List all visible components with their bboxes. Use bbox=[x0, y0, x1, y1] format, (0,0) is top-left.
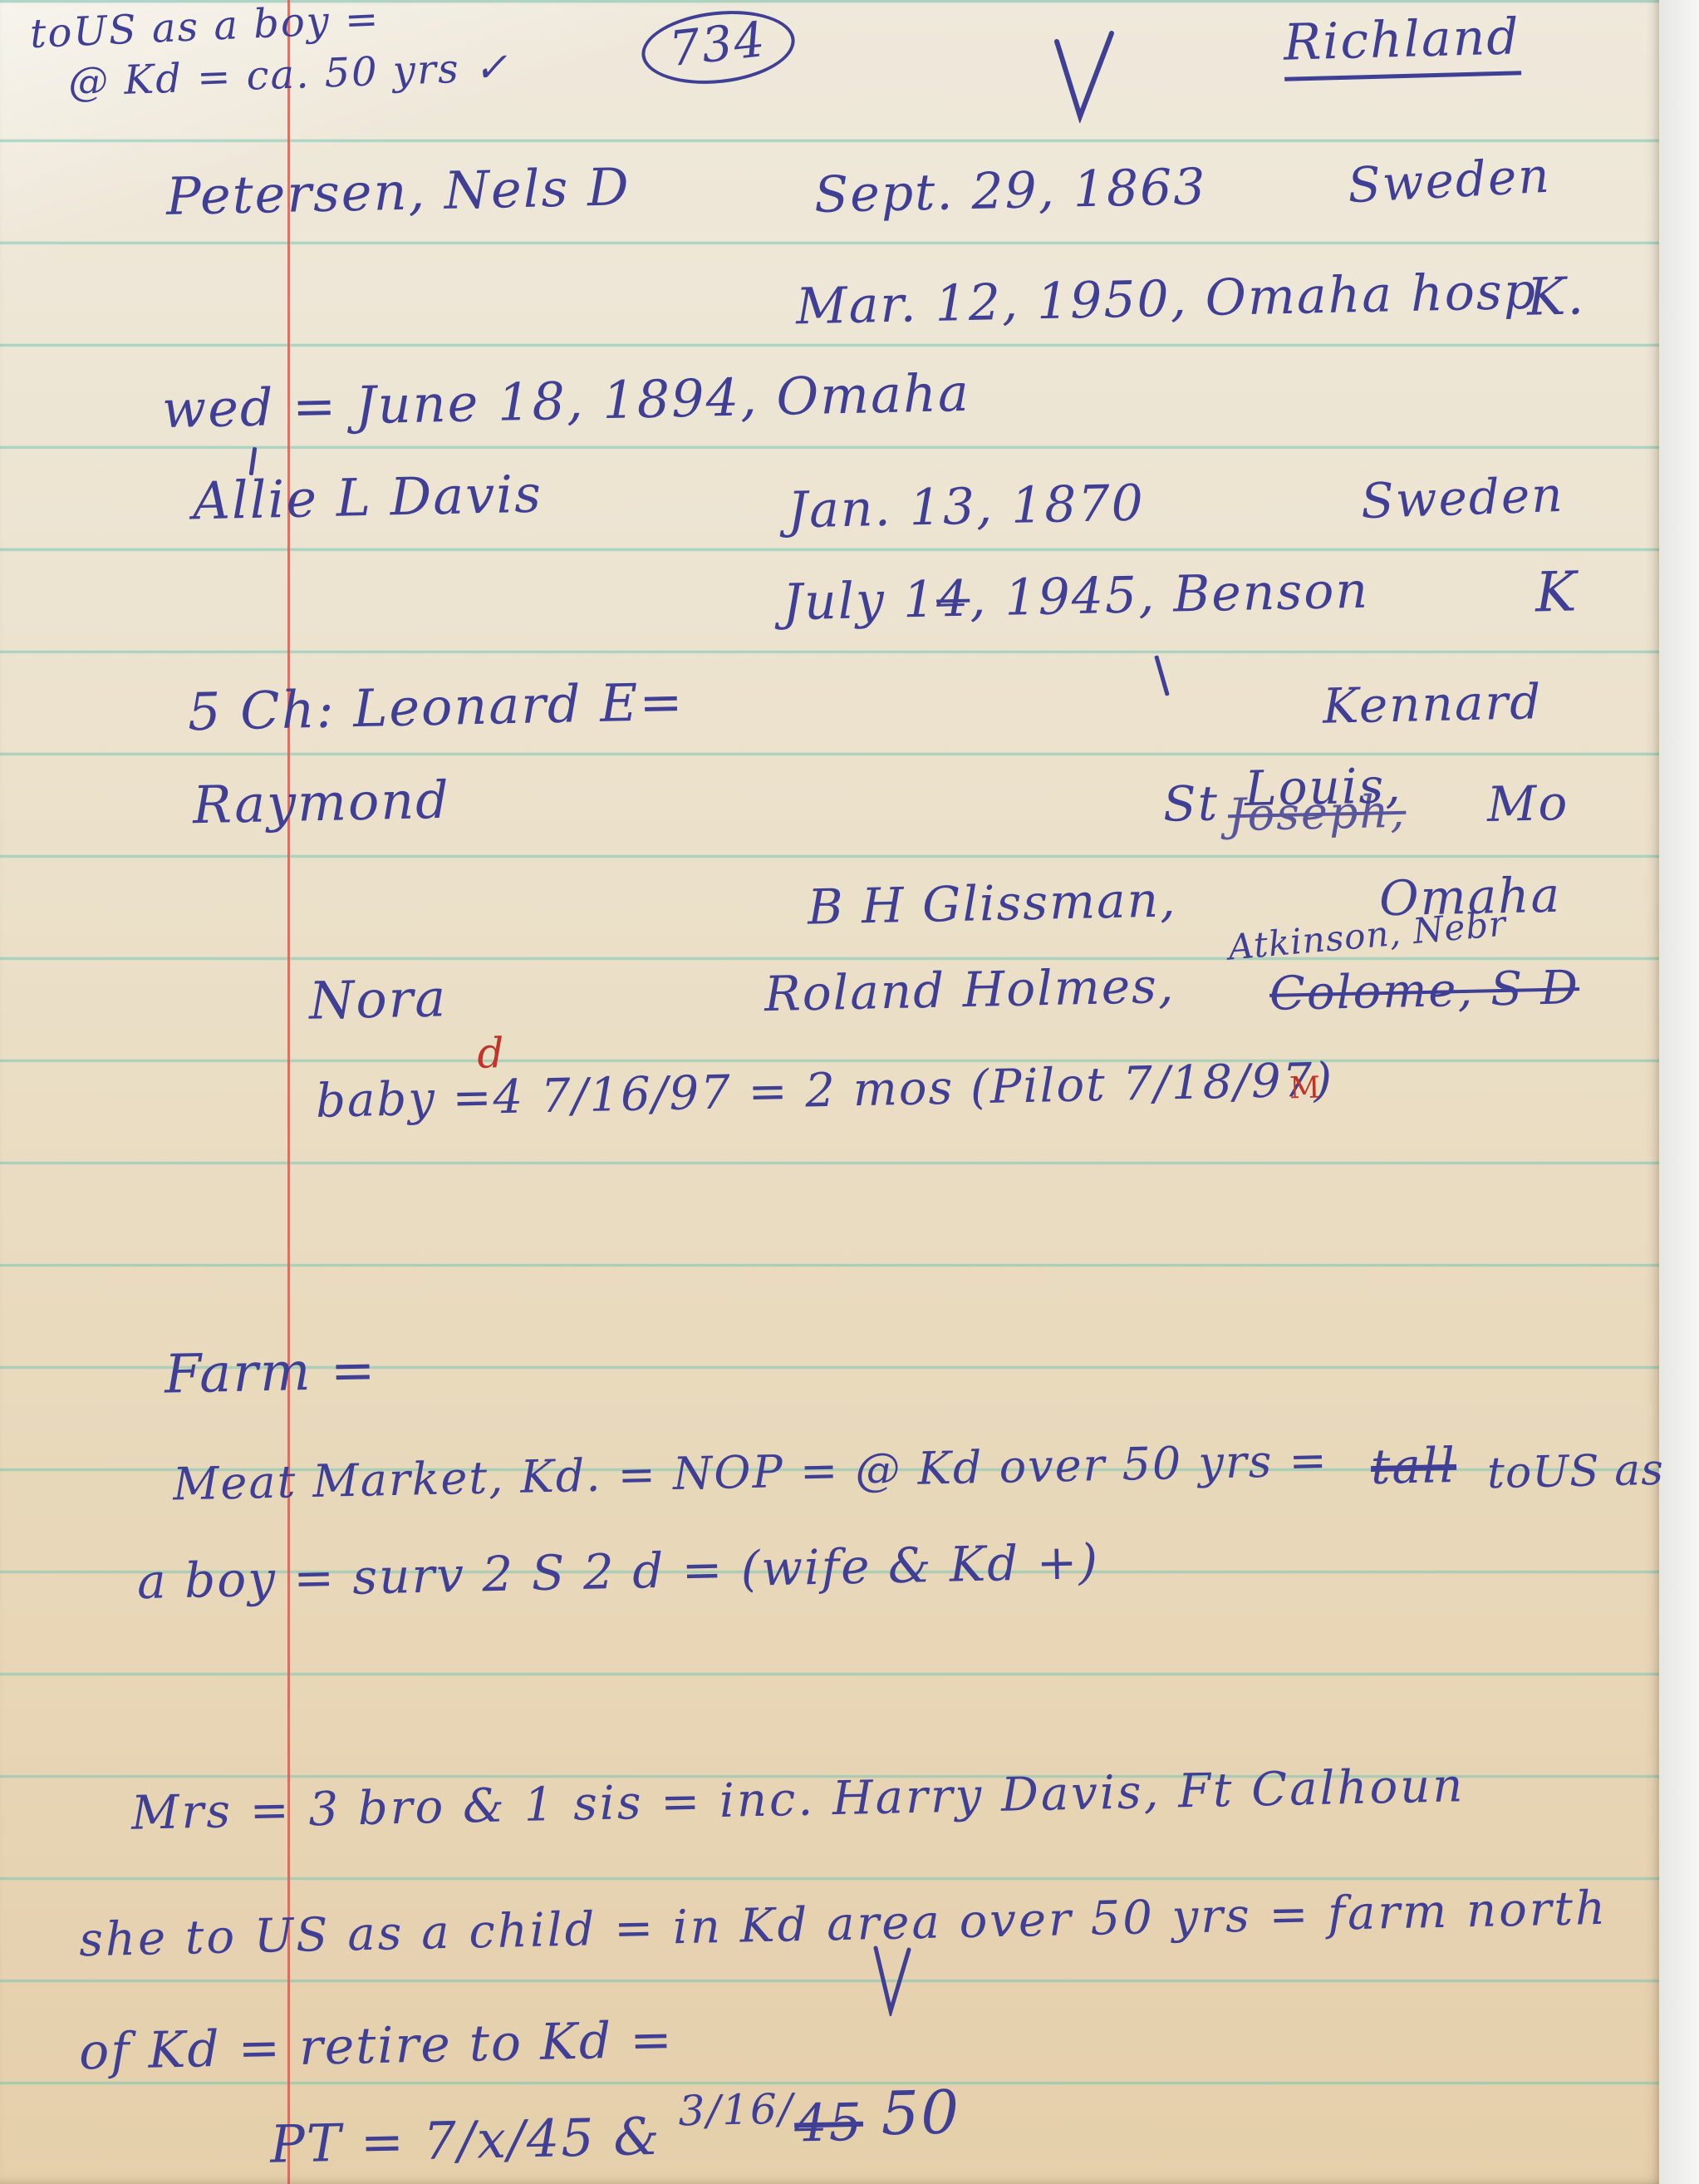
child3-spouse: B H Glissman, bbox=[807, 875, 1177, 931]
child2-place-old: Joseph, bbox=[1227, 789, 1406, 838]
marriage-line: wed = June 18, 1894, Omaha bbox=[161, 367, 970, 435]
surname-heading: Richland bbox=[1283, 12, 1520, 67]
child5-red-mark: M bbox=[1289, 1074, 1323, 1104]
farm-heading: Farm = bbox=[164, 1344, 377, 1401]
page-number-circle: 734 bbox=[641, 10, 795, 85]
scan-background bbox=[1659, 0, 1699, 2184]
husband-death-date: Mar. 12, 1950, Omaha hosp bbox=[795, 267, 1537, 332]
market-struck: tall bbox=[1370, 1441, 1456, 1491]
child4-spouse: Roland Holmes, bbox=[764, 962, 1175, 1018]
v-mark-icon bbox=[871, 1945, 914, 2016]
pt-final: 50 bbox=[881, 2077, 961, 2148]
child1-place: Kennard bbox=[1322, 677, 1542, 730]
child2-place-suffix: Mo bbox=[1486, 779, 1569, 829]
page-number: 734 bbox=[638, 3, 798, 91]
child2-name: Raymond bbox=[192, 775, 450, 831]
husband-name: Petersen, Nels D bbox=[165, 161, 631, 223]
pt-struck: 45 bbox=[793, 2092, 863, 2154]
husband-death-mark: K. bbox=[1526, 270, 1585, 322]
pt-sup: 3/16/ bbox=[678, 2084, 794, 2135]
child5-prefix: baby = bbox=[315, 1070, 493, 1128]
retire-line: of Kd = retire to Kd = bbox=[78, 2015, 674, 2078]
surname-text: Richland bbox=[1283, 7, 1521, 81]
child4-place-struck: Colome, S D bbox=[1269, 965, 1579, 1018]
wife-death-prefix: July 1 bbox=[782, 571, 936, 632]
child2-place-prefix: St bbox=[1162, 779, 1219, 828]
wife-death-rest: , 1945, Benson bbox=[970, 562, 1370, 628]
wife-death-mark: K bbox=[1535, 564, 1579, 620]
notebook-page: toUS as a boy = @ Kd = ca. 50 yrs ✓ 734 … bbox=[0, 0, 1699, 2184]
pt-prefix: PT = 7/x/45 & bbox=[269, 2106, 661, 2175]
husband-birth-place: Sweden bbox=[1347, 151, 1552, 210]
wife-death-struck: 4 bbox=[935, 570, 970, 629]
wife-birth-place: Sweden bbox=[1360, 470, 1564, 525]
children-count-label: 5 Ch: Leonard E= bbox=[187, 676, 685, 738]
wife-name: Allie L Davis bbox=[192, 469, 543, 528]
market-end: toUS as bbox=[1486, 1449, 1664, 1495]
child4-name: Nora bbox=[308, 972, 447, 1026]
husband-birth-date: Sept. 29, 1863 bbox=[813, 162, 1207, 220]
checkmark-icon bbox=[1048, 30, 1118, 123]
wife-death-date: July 14, 1945, Benson bbox=[782, 566, 1369, 628]
child5-red-insert: d bbox=[477, 1032, 506, 1075]
wife-birth-date: Jan. 13, 1870 bbox=[787, 479, 1145, 536]
